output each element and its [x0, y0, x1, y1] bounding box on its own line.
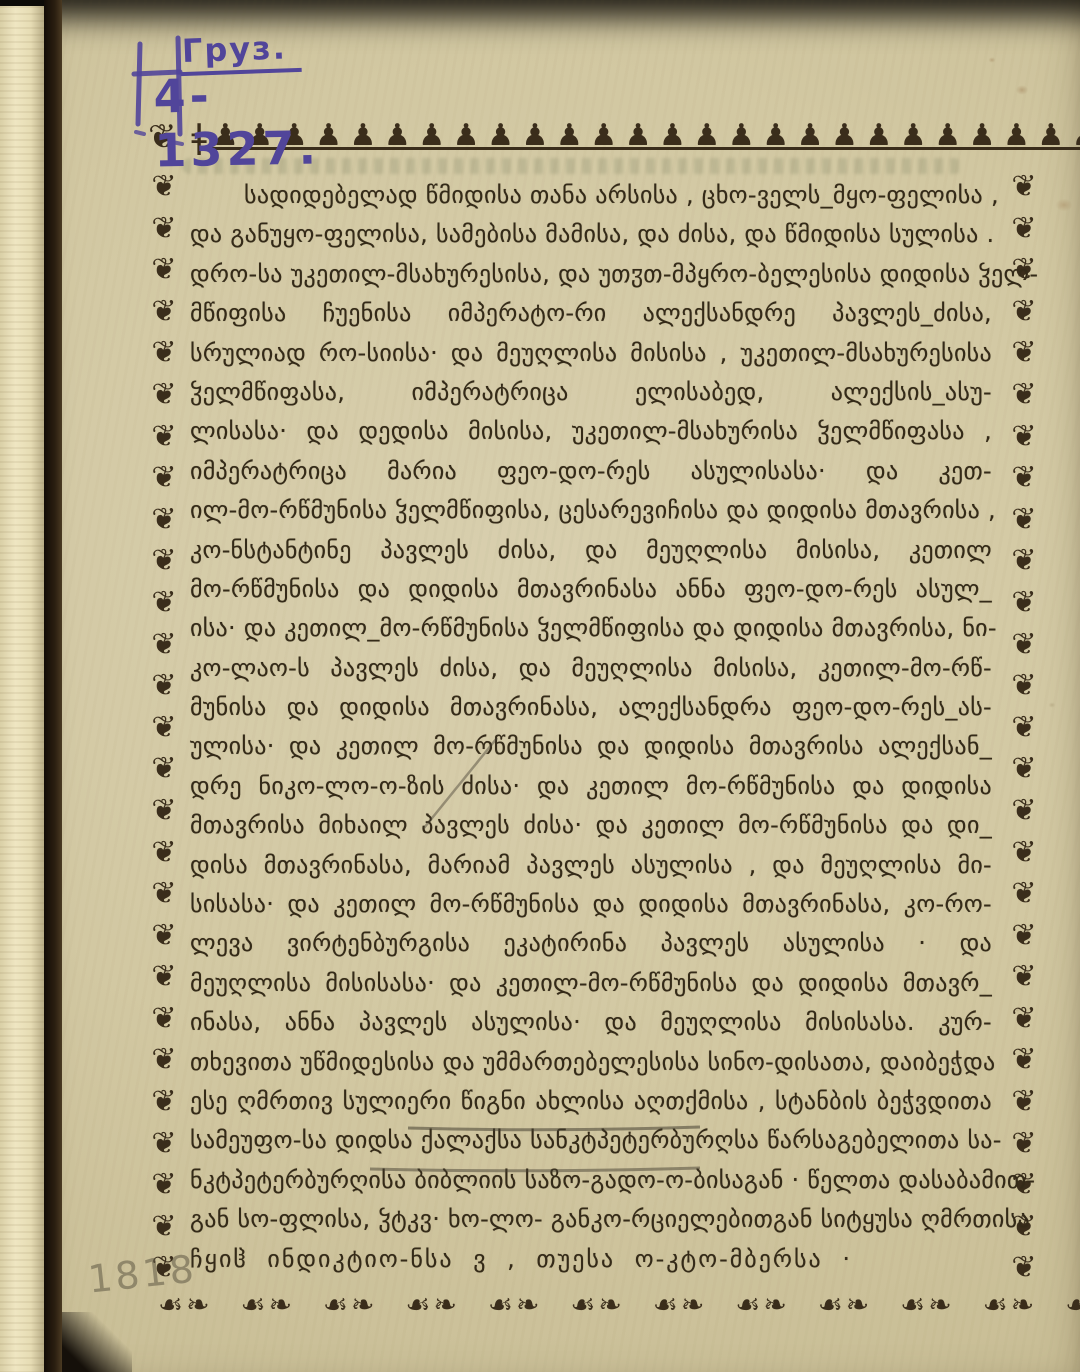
text-line: დრო-სა უკეთილ-მსახურესისა, და უთჳთ-მპყრო…	[190, 255, 992, 294]
text-line: ილ-მო-რწმუნისა ჴელმწიფისა, ცესარევიჩისა …	[190, 491, 992, 530]
text-line: ისა· და კეთილ_მო-რწმუნისა ჴელმწიფისა და …	[190, 609, 992, 648]
text-line: მთავრისა მიხაილ პავლეს ძისა· და კეთილ მო…	[190, 806, 992, 845]
bottom-left-shadow	[62, 1312, 132, 1372]
text-line: სრულიად რო-სიისა· და მეუღლისა მისისა , უ…	[190, 334, 992, 373]
text-line: ესე ღმრთივ სულიერი წიგნი ახლისა აღთქმისა…	[190, 1082, 992, 1121]
book-gutter-shadow	[44, 0, 62, 1372]
dedication-text-block: სადიდებელად წმიდისა თანა არსისა , ცხო-ვე…	[190, 176, 992, 1279]
text-line: ინასა, ანნა პავლეს ასულისა· და მეუღლისა …	[190, 1003, 992, 1042]
text-line: სამეუფო-სა დიდსა ქალაქსა სანკტპეტერბურღს…	[190, 1121, 992, 1160]
text-line: კო-ლაო-ს პავლეს ძისა, და მეუღლისა მისისა…	[190, 649, 992, 688]
text-line: და განუყო-ფელისა, სამებისა მამისა, და ძი…	[190, 215, 992, 254]
right-ornament-border-icon: ❦ ❦ ❦ ❦ ❦ ❦ ❦ ❦ ❦ ❦ ❦ ❦ ❦ ❦ ❦ ❦ ❦ ❦ ❦ ❦ …	[1004, 166, 1044, 1289]
text-line: იმპერატრიცა მარია ფეო-დო-რეს ასულისასა· …	[190, 452, 992, 491]
text-line: მეუღლისა მისისასა· და კეთილ-მო-რწმუნისა …	[190, 964, 992, 1003]
text-line: ჩყიჱ ინდიკტიო-ნსა ვ , თუესა ო-კტო-მბერსა…	[190, 1240, 992, 1279]
text-line: ლისასა· და დედისა მისისა, უკეთილ-მსახური…	[190, 412, 992, 451]
scanned-page: Груз. 4-1327. ❦ ǂ ♟♟♟♟♟♟♟♟♟♟♟♟♟♟♟♟♟♟♟♟♟♟…	[62, 0, 1080, 1372]
top-border-ornament-row-icon: ♟♟♟♟♟♟♟♟♟♟♟♟♟♟♟♟♟♟♟♟♟♟♟♟♟♟♟♟	[212, 118, 1080, 154]
text-line: ულისა· და კეთილ მო-რწმუნისა და დიდისა მთ…	[190, 727, 992, 766]
text-line: მო-რწმუნისა და დიდისა მთავრინასა ანნა ფე…	[190, 570, 992, 609]
text-line: კო-ნსტანტინე პავლეს ძისა, და მეუღლისა მი…	[190, 531, 992, 570]
text-line: გან სო-ფლისა, ჴტკვ· ხო-ლო- განკო-რციელებ…	[190, 1200, 992, 1239]
text-line: თხევითა უწმიდესისა და უმმართებელესისა სი…	[190, 1043, 992, 1082]
text-line: დრე ნიკო-ლო-ო-ზის ძისა· და კეთილ მო-რწმუ…	[190, 767, 992, 806]
text-line: ნკტპეტერბურღისა ბიბლიის საზო-გადო-ო-ბისა…	[190, 1161, 992, 1200]
bottom-ornament-border-icon: ☙❧ ☙❧ ☙❧ ☙❧ ☙❧ ☙❧ ☙❧ ☙❧ ☙❧ ☙❧ ☙❧ ☙❧	[158, 1288, 1038, 1321]
text-line: დისა მთავრინასა, მარიამ პავლეს ასულისა ,…	[190, 846, 992, 885]
shelfmark-number: 4-1327.	[153, 67, 320, 178]
text-line: სადიდებელად წმიდისა თანა არსისა , ცხო-ვე…	[190, 176, 992, 215]
text-line: მწიფისა ჩუენისა იმპერატო-რი ალექსანდრე პ…	[190, 294, 992, 333]
text-line: მუნისა და დიდისა მთავრინასა, ალექსანდრა …	[190, 688, 992, 727]
left-ornament-border-icon: ❦ ❦ ❦ ❦ ❦ ❦ ❦ ❦ ❦ ❦ ❦ ❦ ❦ ❦ ❦ ❦ ❦ ❦ ❦ ❦ …	[144, 166, 184, 1289]
book-page-edges	[0, 6, 44, 1372]
text-line: ჴელმწიფასა, იმპერატრიცა ელისაბედ, ალექსი…	[190, 373, 992, 412]
text-line: სისასა· და კეთილ მო-რწმუნისა და დიდისა მ…	[190, 885, 992, 924]
text-line: ლევა ვირტენბურგისა ეკატირინა პავლეს ასულ…	[190, 924, 992, 963]
